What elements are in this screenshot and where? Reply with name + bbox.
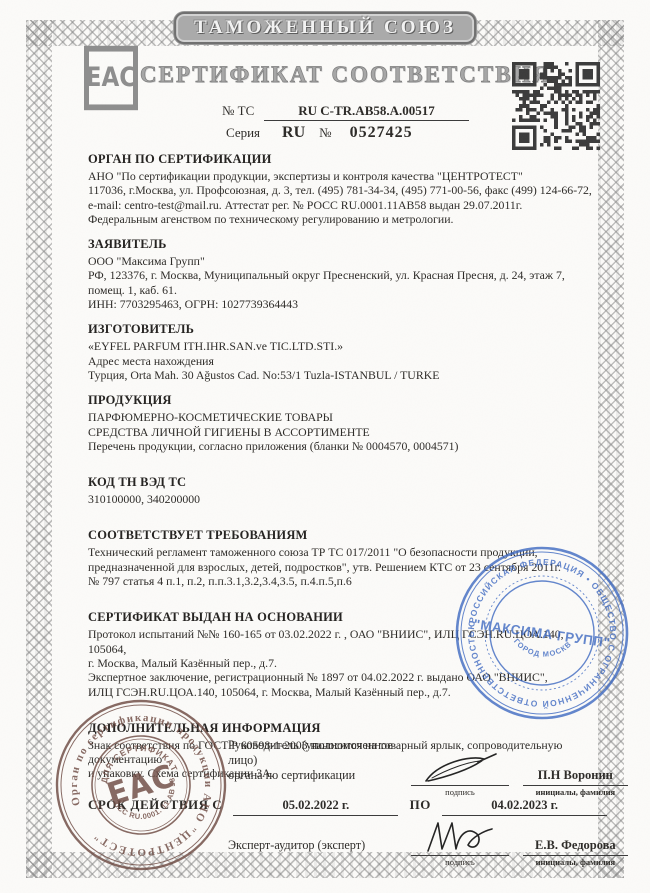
section-certification-body: ОРГАН ПО СЕРТИФИКАЦИИ АНО "По сертификац… (88, 152, 604, 226)
section-line: Протокол испытаний №№ 160-165 от 03.02.2… (88, 627, 604, 656)
section-line: Экспертное заключение, регистрационный №… (88, 670, 604, 684)
section-header: СЕРТИФИКАТ ВЫДАН НА ОСНОВАНИИ (88, 610, 604, 625)
section-basis: СЕРТИФИКАТ ВЫДАН НА ОСНОВАНИИ Протокол и… (88, 610, 604, 698)
section-line: Турция, Orta Mah. 30 Ağustos Cad. No:53/… (88, 368, 604, 382)
section-line: ИНН: 7703295463, ОГРН: 1027739364443 (88, 297, 604, 311)
cert-number-value: RU C-TR.AB58.A.00517 (264, 103, 469, 121)
series-label: Серия (226, 125, 260, 140)
section-products: ПРОДУКЦИЯ ПАРФЮМЕРНО-КОСМЕТИЧЕСКИЕ ТОВАР… (88, 393, 604, 453)
section-line: Технический регламент таможенного союза … (88, 545, 604, 559)
section-line: «EYFEL PARFUM ITH.IHR.SAN.ve TIC.LTD.STI… (88, 339, 604, 353)
validity-label: СРОК ДЕЙСТВИЯ С (88, 797, 222, 812)
section-line: предназначенной для взрослых, детей, под… (88, 560, 604, 574)
signature-role: Руководитель (уполномоченное лицо) орган… (228, 738, 411, 797)
section-line: ООО "Максима Групп" (88, 254, 604, 268)
signature-role-line: Руководитель (уполномоченное лицо) (228, 738, 411, 768)
section-manufacturer: ИЗГОТОВИТЕЛЬ «EYFEL PARFUM ITH.IHR.SAN.v… (88, 322, 604, 382)
signature-caption: подпись (411, 855, 508, 867)
section-line: ПАРФЮМЕРНО-КОСМЕТИЧЕСКИЕ ТОВАРЫ (88, 410, 604, 424)
section-header: ИЗГОТОВИТЕЛЬ (88, 322, 604, 337)
section-line: 117036, г.Москва, ул. Профсоюзная, д. 3,… (88, 183, 604, 197)
signatures-block: Руководитель (уполномоченное лицо) орган… (228, 738, 628, 887)
name-caption: инициалы, фамилия (523, 855, 628, 867)
signature-ink-icon (418, 817, 502, 857)
section-line: РФ, 123376, г. Москва, Муниципальный окр… (88, 268, 604, 282)
section-line: 310100000, 340200000 (88, 492, 604, 506)
border-pattern-left (26, 20, 52, 878)
series-number-sign: № (319, 125, 331, 140)
section-line: ИЛЦ ГСЭН.RU.ЦОА.140, 105064, г. Москва, … (88, 685, 604, 699)
section-applicant: ЗАЯВИТЕЛЬ ООО "Максима Групп" РФ, 123376… (88, 237, 604, 311)
series-value: 0527425 (350, 124, 413, 141)
signatory-name: Е.В. Федорова (523, 838, 628, 855)
section-line: Федеральным агенством по техническому ре… (88, 212, 604, 226)
section-header: СООТВЕТСТВУЕТ ТРЕБОВАНИЯМ (88, 528, 604, 543)
section-tnved-code: КОД ТН ВЭД ТС 310100000, 340200000 (88, 475, 604, 506)
section-line: Адрес места нахождения (88, 354, 604, 368)
signature-field: подпись (411, 817, 508, 867)
certificate-body: ОРГАН ПО СЕРТИФИКАЦИИ АНО "По сертификац… (88, 152, 604, 816)
customs-union-banner: ТАМОЖЕННЫЙ СОЮЗ (174, 12, 476, 44)
section-header: ЗАЯВИТЕЛЬ (88, 237, 604, 252)
section-header: ОРГАН ПО СЕРТИФИКАЦИИ (88, 152, 604, 167)
signature-role: Эксперт-аудитор (эксперт) (228, 838, 411, 867)
section-header: ПРОДУКЦИЯ (88, 393, 604, 408)
signature-ink-icon (418, 753, 502, 787)
signatory-name: П.Н Воронин (523, 768, 628, 785)
eac-logo: ЕАС (84, 46, 138, 110)
certificate-number-row: № ТСRU C-TR.AB58.A.00517 (222, 103, 482, 121)
series-row: СерияRU№0527425 (226, 124, 413, 142)
signature-caption: подпись (411, 785, 508, 797)
name-caption: инициалы, фамилия (523, 785, 628, 797)
section-header: ДОПОЛНИТЕЛЬНАЯ ИНФОРМАЦИЯ (88, 721, 604, 736)
signature-role-line: органа по сертификации (228, 768, 411, 783)
signature-row-head: Руководитель (уполномоченное лицо) орган… (228, 738, 628, 797)
signatory-name-block: П.Н Воронин инициалы, фамилия (523, 768, 628, 797)
section-line: СРЕДСТВА ЛИЧНОЙ ГИГИЕНЫ В АССОРТИМЕНТЕ (88, 425, 604, 439)
series-region: RU (282, 124, 305, 141)
section-line: Перечень продукции, согласно приложения … (88, 439, 604, 453)
section-line: помещ. 1, каб. 61. (88, 283, 604, 297)
signature-field: подпись (411, 753, 508, 797)
section-line: г. Москва, Малый Казённый пер., д.7. (88, 656, 604, 670)
section-line: № 797 статья 4 п.1, п.2, п.п.3.1,3.2,3.4… (88, 574, 604, 588)
section-requirements: СООТВЕТСТВУЕТ ТРЕБОВАНИЯМ Технический ре… (88, 528, 604, 588)
section-line: e-mail: centro-test@mail.ru. Аттестат ре… (88, 198, 604, 212)
qr-code-icon (512, 62, 600, 150)
signatory-name-block: Е.В. Федорова инициалы, фамилия (523, 838, 628, 867)
certificate-page: ТАМОЖЕННЫЙ СОЮЗ ЕАС СЕРТИФИКАТ СООТВЕТСТ… (0, 0, 650, 893)
section-header: КОД ТН ВЭД ТС (88, 475, 604, 490)
signature-row-expert: Эксперт-аудитор (эксперт) подпись Е.В. Ф… (228, 817, 628, 867)
section-line: АНО "По сертификации продукции, эксперти… (88, 169, 604, 183)
cert-number-label: № ТС (222, 103, 264, 119)
page-title: СЕРТИФИКАТ СООТВЕТСТВИЯ (140, 62, 510, 88)
signature-role-line: Эксперт-аудитор (эксперт) (228, 838, 411, 853)
